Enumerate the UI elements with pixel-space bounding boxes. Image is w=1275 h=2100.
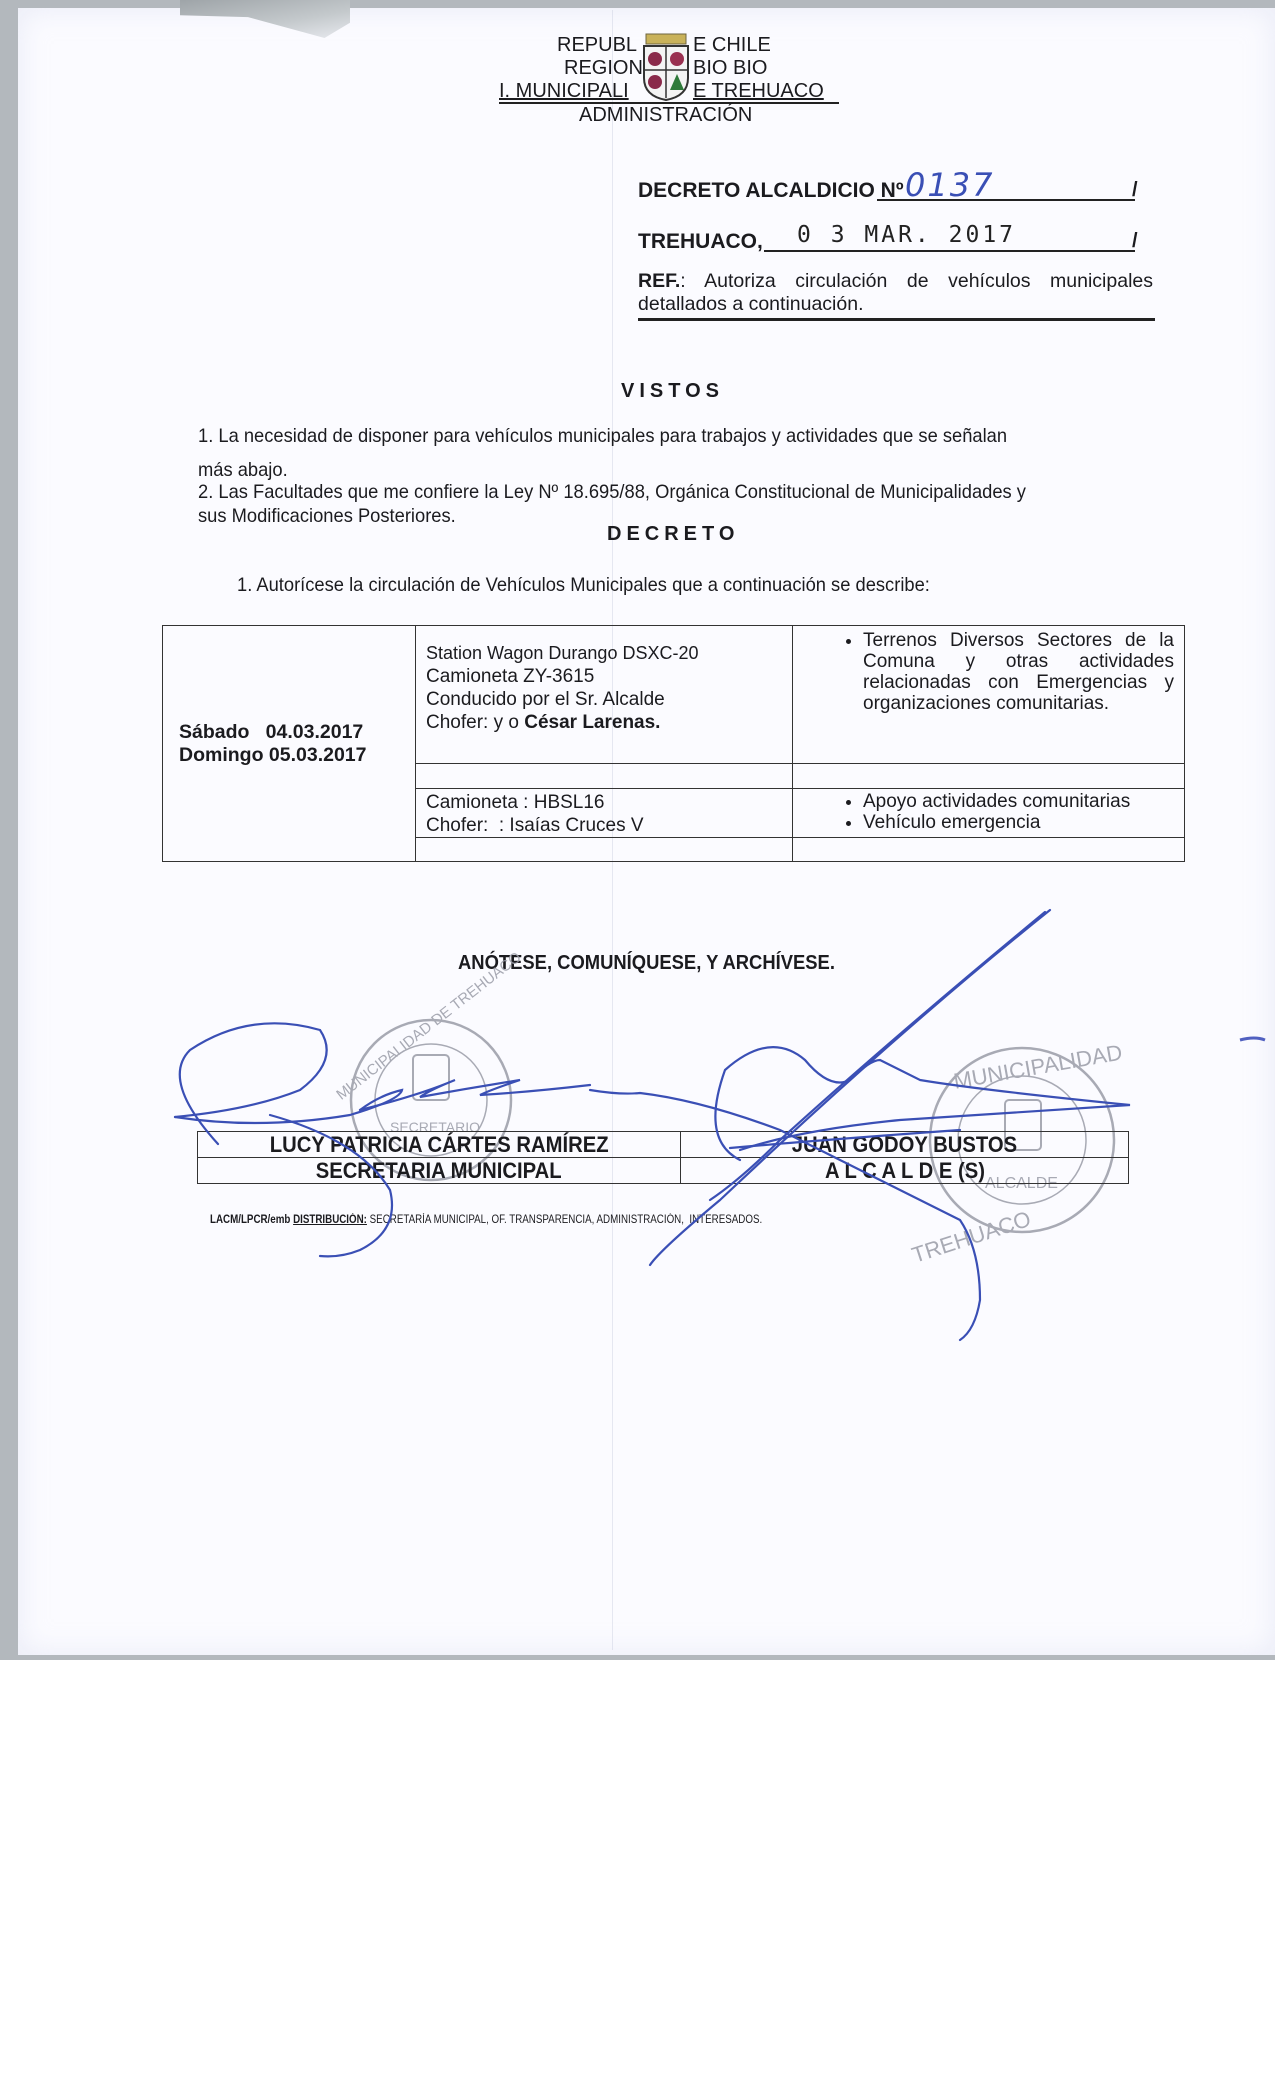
vehicle-2-line-2: Chofer: : Isaías Cruces V (426, 814, 782, 837)
header-line-2-right: BIO BIO (693, 57, 767, 80)
mayor-name-cell: JUAN GODOY BUSTOS (681, 1132, 1129, 1158)
signer-titles-row: SECRETARIA MUNICIPAL A L C A L D E (S) (198, 1158, 1129, 1184)
decreto-item-1: 1. Autorícese la circulación de Vehículo… (237, 574, 930, 596)
header-line-1-left: REPUBL (557, 34, 637, 57)
secretary-title-cell: SECRETARIA MUNICIPAL (198, 1158, 681, 1184)
activities-cell-2: Apoyo actividades comunitarias Vehículo … (793, 789, 1185, 838)
vistos-item-1: 1. La necesidad de disponer para vehícul… (198, 425, 1007, 447)
empty-cell (793, 838, 1185, 862)
header-line-2-left: REGION (564, 57, 643, 80)
mayor-name: JUAN GODOY BUSTOS (792, 1132, 1017, 1157)
ref-body: : Autoriza circulación de vehículos muni… (638, 270, 1153, 315)
date-stamp: 0 3 MAR. 2017 (797, 222, 1016, 248)
activities-cell-1: Terrenos Diversos Sectores de la Comuna … (793, 626, 1185, 764)
date-sunday: Domingo 05.03.2017 (179, 744, 415, 767)
vehicle-1-line-2: Camioneta ZY-3615 (426, 665, 782, 688)
decree-number-label: DECRETO ALCALDICIO Nº (638, 179, 904, 203)
vistos-item-2: 2. Las Facultades que me confiere la Ley… (198, 481, 1026, 503)
distribution-list: SECRETARÍA MUNICIPAL, OF. TRANSPARENCIA,… (367, 1214, 762, 1226)
ref-label: REF. (638, 270, 680, 292)
header-line-1-right: E CHILE (693, 34, 771, 57)
secretary-name-cell: LUCY PATRICIA CÁRTES RAMÍREZ (198, 1132, 681, 1158)
reference-text: REF.: Autoriza circulación de vehículos … (638, 270, 1153, 316)
secretary-title: SECRETARIA MUNICIPAL (316, 1158, 562, 1183)
mayor-title: A L C A L D E (S) (824, 1158, 984, 1183)
activities-list-2: Apoyo actividades comunitarias Vehículo … (833, 791, 1174, 833)
secretary-name: LUCY PATRICIA CÁRTES RAMÍREZ (270, 1132, 609, 1157)
vistos-title: VISTOS (621, 380, 724, 403)
date-saturday: Sábado 04.03.2017 (179, 721, 415, 744)
vistos-item-1-cont: más abajo. (198, 459, 288, 481)
decree-number-handwritten: 0137 (905, 166, 994, 204)
header-line-3-left: I. MUNICIPALI (499, 80, 629, 103)
vehicle-cell-2: Camioneta : HBSL16 Chofer: : Isaías Cruc… (416, 789, 793, 838)
date-slash: / (1132, 230, 1138, 253)
header-line-4: ADMINISTRACIÓN (579, 104, 752, 127)
vehicle-cell-1: Station Wagon Durango DSXC-20 Camioneta … (416, 626, 793, 764)
vehicle-1-line-1: Station Wagon Durango DSXC-20 (426, 642, 782, 665)
activity-item: Vehículo emergencia (863, 812, 1174, 833)
distribution-initials: LACM/LPCR/emb (210, 1214, 293, 1226)
date-underline (764, 250, 1135, 252)
header-line-3-right: E TREHUACO (693, 80, 824, 103)
vehicle-2-line-1: Camioneta : HBSL16 (426, 791, 782, 814)
vehicles-table: Sábado 04.03.2017 Domingo 05.03.2017 Sta… (162, 625, 1185, 862)
decree-number-slash: / (1132, 179, 1138, 202)
place-label: TREHUACO, (638, 230, 763, 254)
vistos-item-2-cont: sus Modificaciones Posteriores. (198, 505, 456, 527)
decreto-title: DECRETO (607, 523, 739, 546)
empty-cell (793, 764, 1185, 789)
empty-cell (416, 838, 793, 862)
empty-cell (416, 764, 793, 789)
driver-name: César Larenas. (524, 712, 660, 733)
distribution-label: DISTRIBUCIÓN: (293, 1214, 367, 1226)
activities-list-1: Terrenos Diversos Sectores de la Comuna … (833, 630, 1174, 714)
activity-item: Apoyo actividades comunitarias (863, 791, 1174, 812)
table-row: Sábado 04.03.2017 Domingo 05.03.2017 Sta… (163, 626, 1185, 764)
driver-prefix: Chofer: y o (426, 712, 524, 733)
dates-cell: Sábado 04.03.2017 Domingo 05.03.2017 (163, 626, 416, 862)
vehicle-1-driver: Chofer: y o César Larenas. (426, 711, 782, 734)
closing-formula: ANÓTESE, COMUNÍQUESE, Y ARCHÍVESE. (458, 952, 835, 975)
coat-of-arms-icon (640, 32, 692, 102)
signer-names-row: LUCY PATRICIA CÁRTES RAMÍREZ JUAN GODOY … (198, 1132, 1129, 1158)
signers-table: LUCY PATRICIA CÁRTES RAMÍREZ JUAN GODOY … (197, 1131, 1129, 1184)
reference-rule (638, 318, 1155, 321)
activity-item: Terrenos Diversos Sectores de la Comuna … (863, 630, 1174, 714)
distribution-line: LACM/LPCR/emb DISTRIBUCIÓN: SECRETARÍA M… (210, 1214, 762, 1226)
mayor-title-cell: A L C A L D E (S) (681, 1158, 1129, 1184)
vehicle-1-line-3: Conducido por el Sr. Alcalde (426, 688, 782, 711)
